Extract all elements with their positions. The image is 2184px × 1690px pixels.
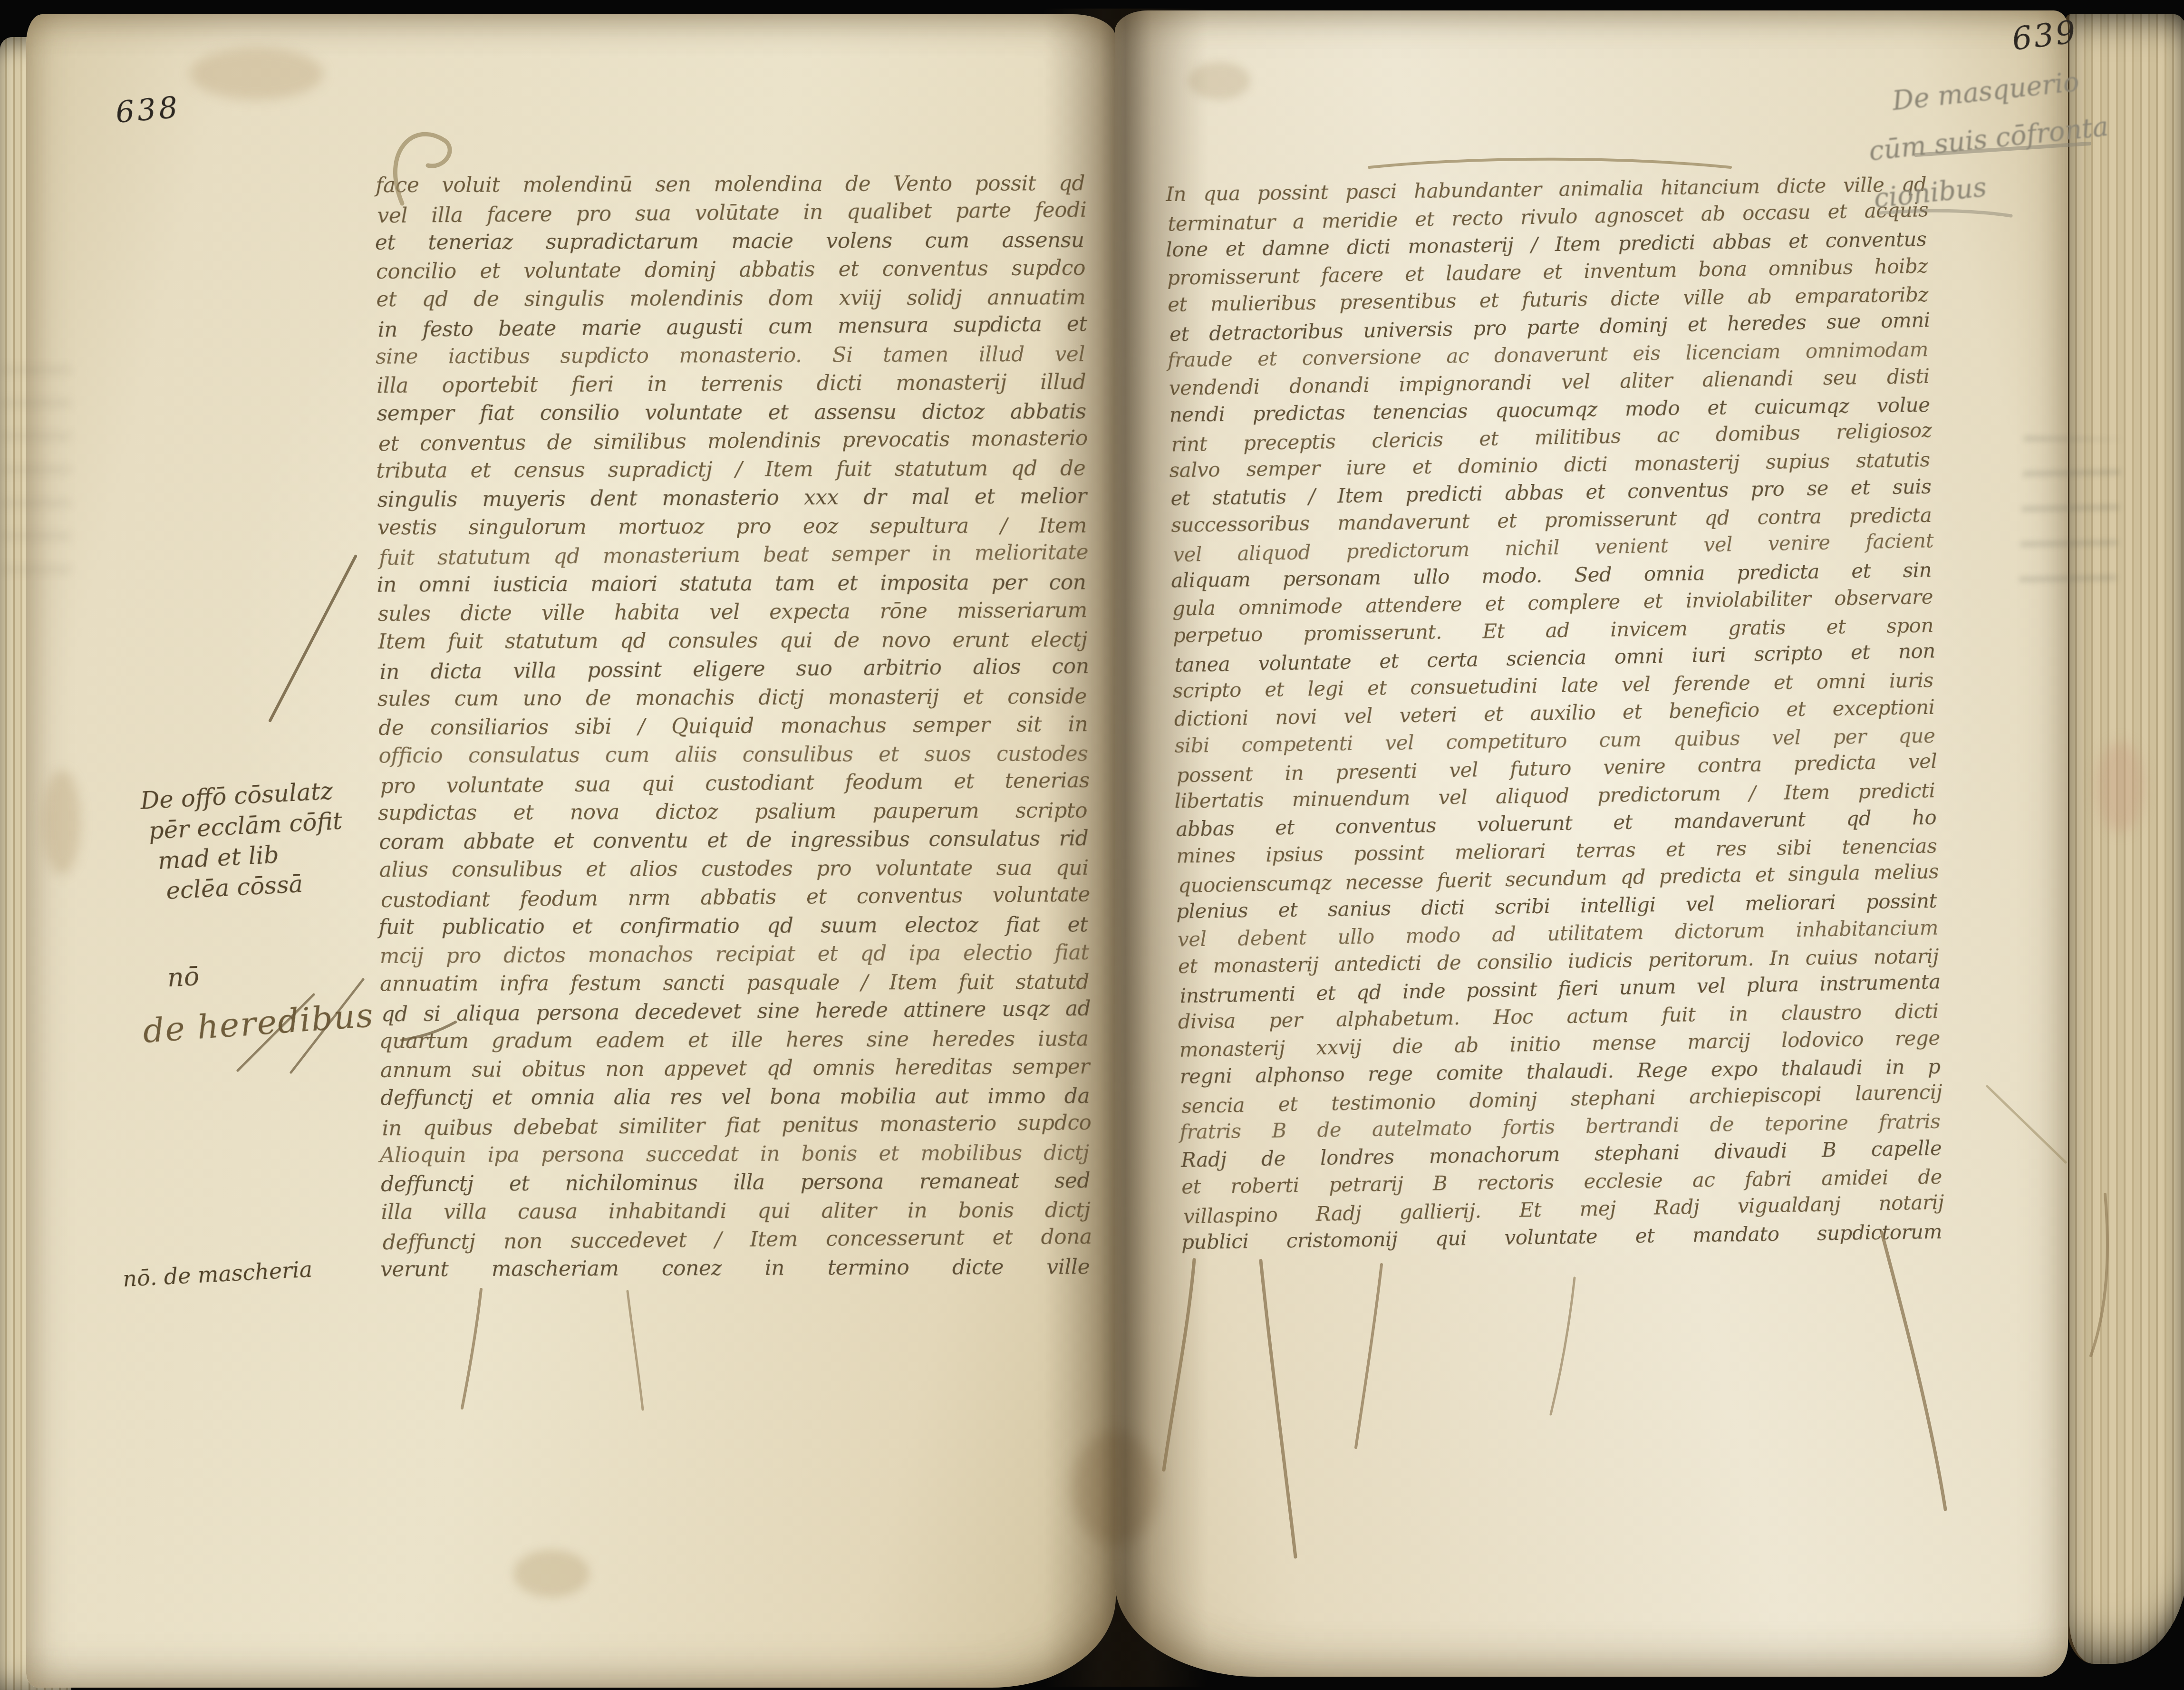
text-line: annuatim infra festum sancti pasquale / … (380, 968, 1089, 998)
text-line: sules cum uno de monachis dictj monaster… (377, 682, 1087, 713)
text-line: in dicta villa possint eligere suo arbit… (379, 652, 1089, 686)
text-line: vel illa facere pro sua volūtate in qual… (377, 196, 1086, 230)
text-line: in omni iusticia maiori statuta tam et i… (377, 568, 1086, 599)
text-line: et qd de singulis molendinis dom xviij s… (376, 283, 1085, 314)
text-line: tributa et census supradictj / Item fuit… (376, 454, 1085, 485)
right-leaf-edge-stack (2066, 14, 2184, 1664)
text-line: Item fuit statutum qd consules qui de no… (378, 626, 1087, 656)
corner-pencil-note: De masqueriocūm suis cōfrontacionibus (1862, 53, 2141, 223)
text-line: singulis muyeris dent monasterio xxx dr … (377, 482, 1086, 514)
text-line: officio consulatus cum aliis consulibus … (378, 740, 1088, 770)
text-line: vestis singulorum mortuoz pro eoz sepult… (377, 512, 1087, 542)
text-line: mcij pro dictos monachos recipiat et qd … (379, 938, 1089, 971)
text-line: sules dicte ville habita vel expecta rōn… (378, 596, 1087, 628)
text-line: quartum gradum eadem et ille heres sine … (379, 1024, 1088, 1055)
text-line: alius consulibus et alios custodes pro v… (379, 854, 1089, 884)
margin-note-consulatus: De offō cōsulatzpēr ecclām cōfitmad et l… (140, 772, 412, 908)
margin-note-no: nō (167, 962, 200, 993)
folio-number-right: 639 (2010, 16, 2079, 55)
text-line: et conventus de similibus molendinis pre… (378, 424, 1088, 458)
text-line: qd si aliqua persona decedevet sine here… (381, 995, 1091, 1029)
text-line: deffunctj et omnia alia res vel bona mob… (380, 1082, 1090, 1112)
text-line: semper fiat consilio voluntate et assens… (377, 397, 1086, 428)
right-page-text-block: In qua possint pasci habundanter animali… (1166, 170, 1943, 1257)
text-line: in quibus debebat similiter fiat penitus… (382, 1109, 1091, 1143)
text-line: et teneriaz supradictarum macie volens c… (375, 226, 1084, 257)
text-line: supdictas et nova dictoz psalium pauperu… (378, 796, 1087, 827)
text-line: de consiliarios sibi / Quiquid monachus … (378, 710, 1088, 743)
text-line: Alioquin ipa persona succedat in bonis e… (380, 1139, 1089, 1169)
text-line: coram abbate et conventu et de ingressib… (379, 824, 1088, 857)
text-line: fuit publicatio et confirmatio qd suum e… (378, 910, 1088, 941)
folio-number-left: 638 (115, 92, 182, 127)
text-line: concilio et voluntate dominj abbatis et … (376, 254, 1085, 286)
text-line: annum sui obitus non appevet qd omnis he… (380, 1053, 1090, 1085)
text-line: verunt mascheriam conez in termino dicte… (380, 1253, 1090, 1284)
text-line: in festo beate marie augusti cum mensura… (377, 310, 1087, 344)
text-line: deffunctj non succedevet / Item concesse… (383, 1223, 1092, 1257)
text-line: custodiant feodum nrm abbatis et convent… (381, 880, 1090, 915)
text-line: illa oportebit fieri in terrenis dicti m… (377, 368, 1086, 400)
manuscript-photo: 638 639 De masqueriocūm suis cōfrontacio… (0, 0, 2184, 1690)
text-line: illa villa causa inhabitandi qui aliter … (381, 1196, 1090, 1226)
text-line: deffunctj et nichilominus illa persona r… (381, 1167, 1090, 1199)
left-page-text-block: face voluit molendinū sen molendina de V… (376, 168, 1091, 1284)
text-line: pro voluntate sua qui custodiant feodum … (380, 766, 1090, 801)
text-line: fuit statutum qd monasterium beat semper… (379, 538, 1088, 572)
text-line: face voluit molendinū sen molendina de V… (376, 169, 1085, 200)
text-line: sine iactibus supdicto monasterio. Si ta… (376, 340, 1085, 371)
